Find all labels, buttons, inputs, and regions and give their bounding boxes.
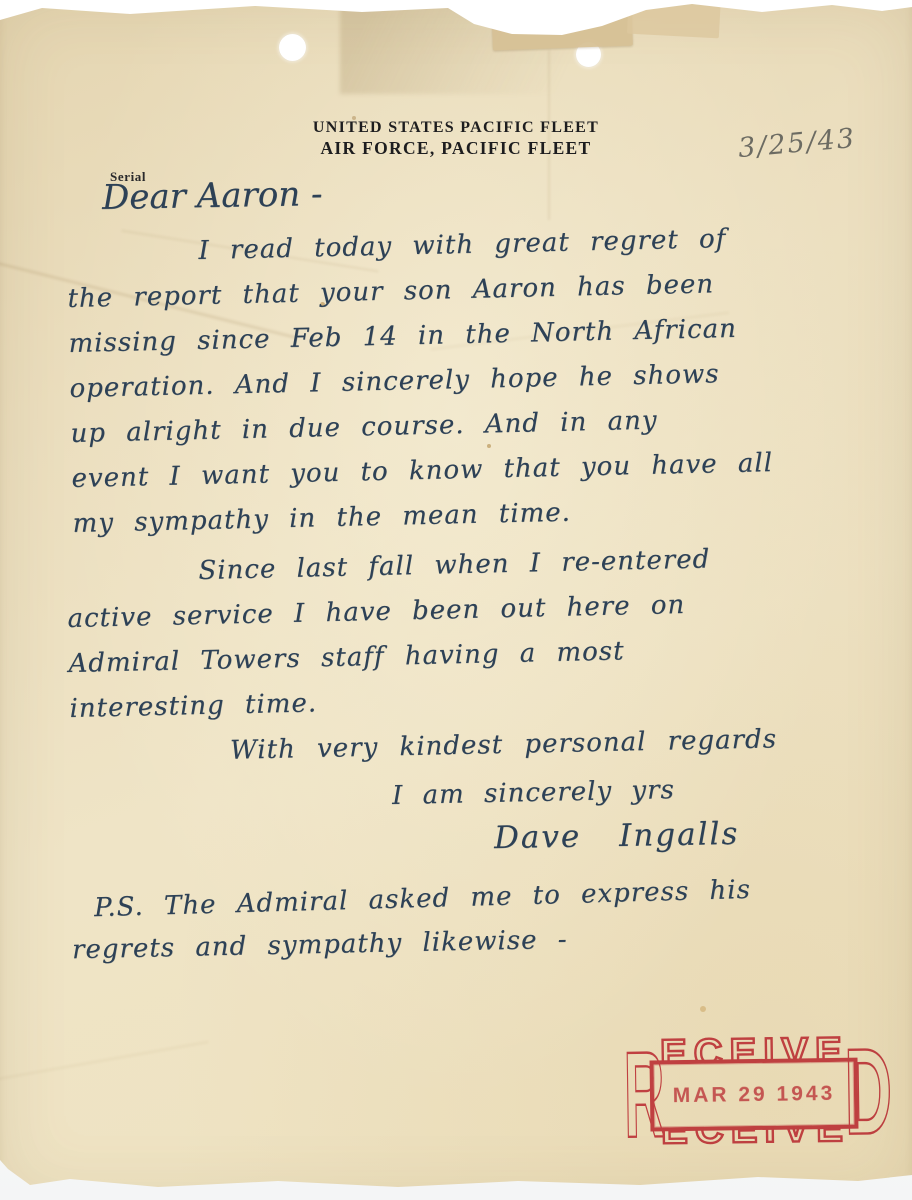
paper-stain xyxy=(700,1006,706,1012)
letterhead-line2: AIR FORCE, PACIFIC FLEET xyxy=(313,138,599,159)
signature: Dave Ingalls xyxy=(494,816,740,856)
stamp-letter-d: D xyxy=(844,1034,893,1149)
closing-sincerely: I am sincerely yrs xyxy=(392,775,675,811)
tape-fragment xyxy=(627,0,721,38)
received-stamp: R ECEIVE MAR 29 1943 ECEIVE D xyxy=(623,1030,893,1160)
stamp-word-bottom-text: ECEIVE xyxy=(660,1127,850,1152)
stamp-word-bottom: ECEIVE xyxy=(660,1127,850,1156)
handwritten-date: 3/25/43 xyxy=(737,123,857,164)
stamp-date-box: MAR 29 1943 xyxy=(650,1058,859,1132)
salutation: Dear Aaron - xyxy=(102,174,323,218)
punch-hole xyxy=(279,34,306,61)
tape-fragment xyxy=(491,0,633,50)
paper-crease xyxy=(0,1041,209,1081)
postscript-line1: P.S. The Admiral asked me to express his xyxy=(94,875,752,923)
postscript-line2: regrets and sympathy likewise - xyxy=(72,925,568,965)
paper-sheet: UNITED STATES PACIFIC FLEET AIR FORCE, P… xyxy=(0,0,912,1200)
scanned-letter-page: UNITED STATES PACIFIC FLEET AIR FORCE, P… xyxy=(0,0,912,1200)
closing-regards: With very kindest personal regards xyxy=(230,724,778,765)
letterhead-line1: UNITED STATES PACIFIC FLEET xyxy=(313,118,599,138)
stamp-date: MAR 29 1943 xyxy=(673,1081,836,1107)
paragraph-2: Since last fall when I re-entered active… xyxy=(66,534,880,732)
paragraph-1: I read today with great regret of the re… xyxy=(66,214,883,547)
letterhead: UNITED STATES PACIFIC FLEET AIR FORCE, P… xyxy=(313,118,599,159)
